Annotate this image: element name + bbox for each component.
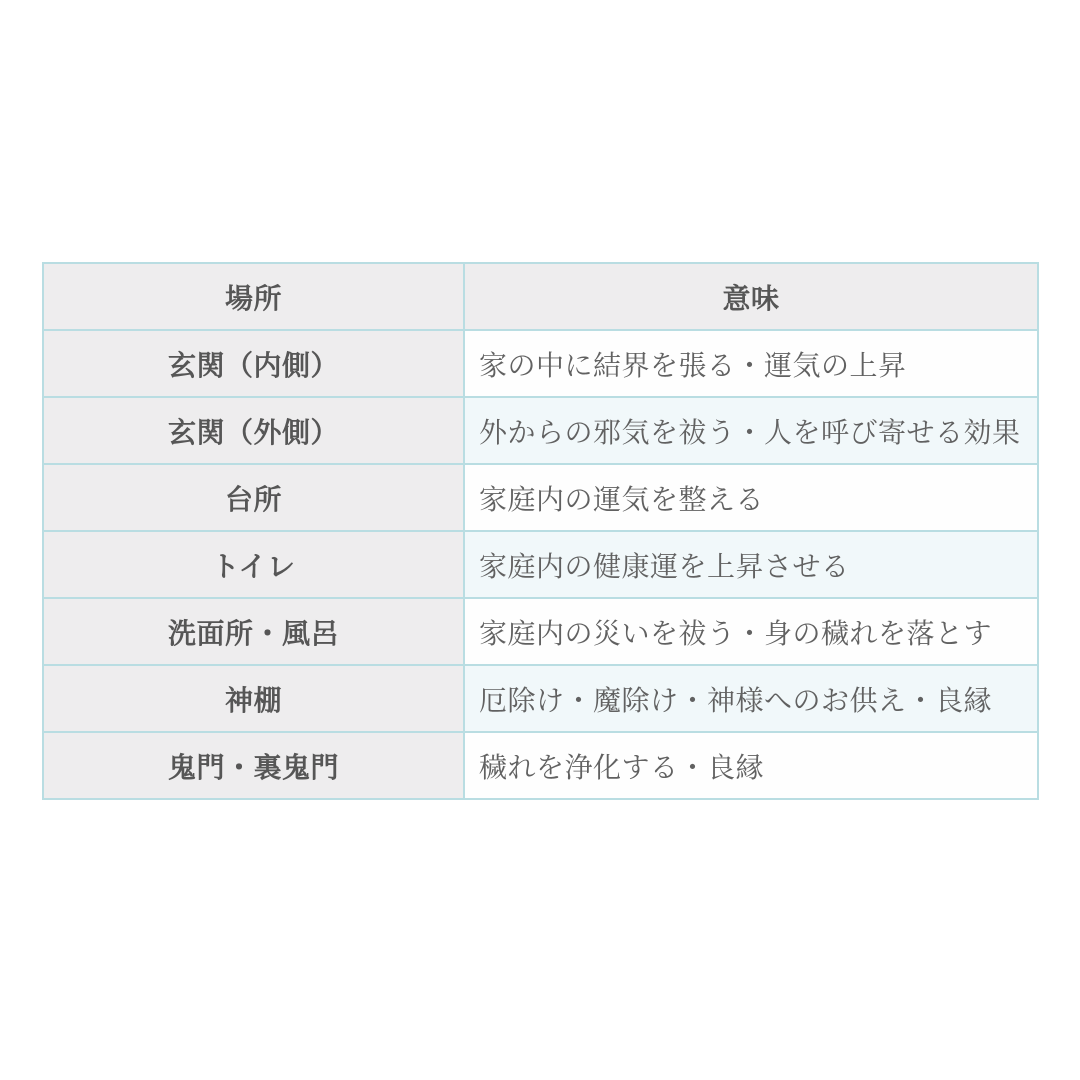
table-row: 神棚 厄除け・魔除け・神様へのお供え・良縁: [43, 665, 1038, 732]
table-row: 玄関（外側） 外からの邪気を祓う・人を呼び寄せる効果: [43, 397, 1038, 464]
place-cell: 玄関（外側）: [43, 397, 464, 464]
table-row: 洗面所・風呂 家庭内の災いを祓う・身の穢れを落とす: [43, 598, 1038, 665]
table-row: トイレ 家庭内の健康運を上昇させる: [43, 531, 1038, 598]
place-cell: トイレ: [43, 531, 464, 598]
column-header-place: 場所: [43, 263, 464, 330]
meaning-cell: 家庭内の災いを祓う・身の穢れを落とす: [464, 598, 1038, 665]
meaning-cell: 家庭内の健康運を上昇させる: [464, 531, 1038, 598]
table-row: 玄関（内側） 家の中に結界を張る・運気の上昇: [43, 330, 1038, 397]
salt-placement-table: 場所 意味 玄関（内側） 家の中に結界を張る・運気の上昇 玄関（外側） 外からの…: [42, 262, 1039, 800]
meaning-cell: 厄除け・魔除け・神様へのお供え・良縁: [464, 665, 1038, 732]
column-header-meaning: 意味: [464, 263, 1038, 330]
place-cell: 神棚: [43, 665, 464, 732]
meaning-cell: 家の中に結界を張る・運気の上昇: [464, 330, 1038, 397]
meaning-cell: 家庭内の運気を整える: [464, 464, 1038, 531]
meaning-cell: 穢れを浄化する・良縁: [464, 732, 1038, 799]
table-row: 鬼門・裏鬼門 穢れを浄化する・良縁: [43, 732, 1038, 799]
place-cell: 台所: [43, 464, 464, 531]
meaning-cell: 外からの邪気を祓う・人を呼び寄せる効果: [464, 397, 1038, 464]
table-row: 台所 家庭内の運気を整える: [43, 464, 1038, 531]
place-cell: 洗面所・風呂: [43, 598, 464, 665]
place-cell: 玄関（内側）: [43, 330, 464, 397]
place-cell: 鬼門・裏鬼門: [43, 732, 464, 799]
table-header-row: 場所 意味: [43, 263, 1038, 330]
